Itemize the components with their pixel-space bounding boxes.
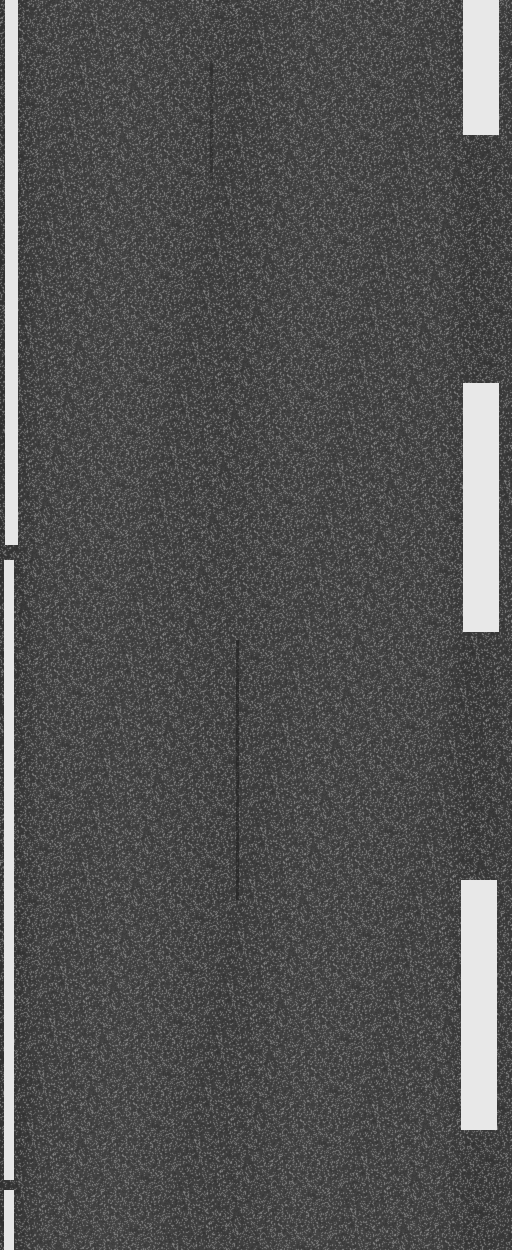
tire-wear-mark xyxy=(210,60,213,180)
left-edge-line-segment xyxy=(4,560,14,1180)
lane-dash xyxy=(461,880,497,1130)
road-surface xyxy=(0,0,512,1250)
lane-dash xyxy=(463,383,499,632)
tire-wear-mark xyxy=(236,640,239,900)
left-edge-line-segment xyxy=(4,1190,14,1250)
lane-dash xyxy=(463,0,499,135)
asphalt-texture xyxy=(0,0,512,1250)
left-edge-line-segment xyxy=(5,0,18,545)
